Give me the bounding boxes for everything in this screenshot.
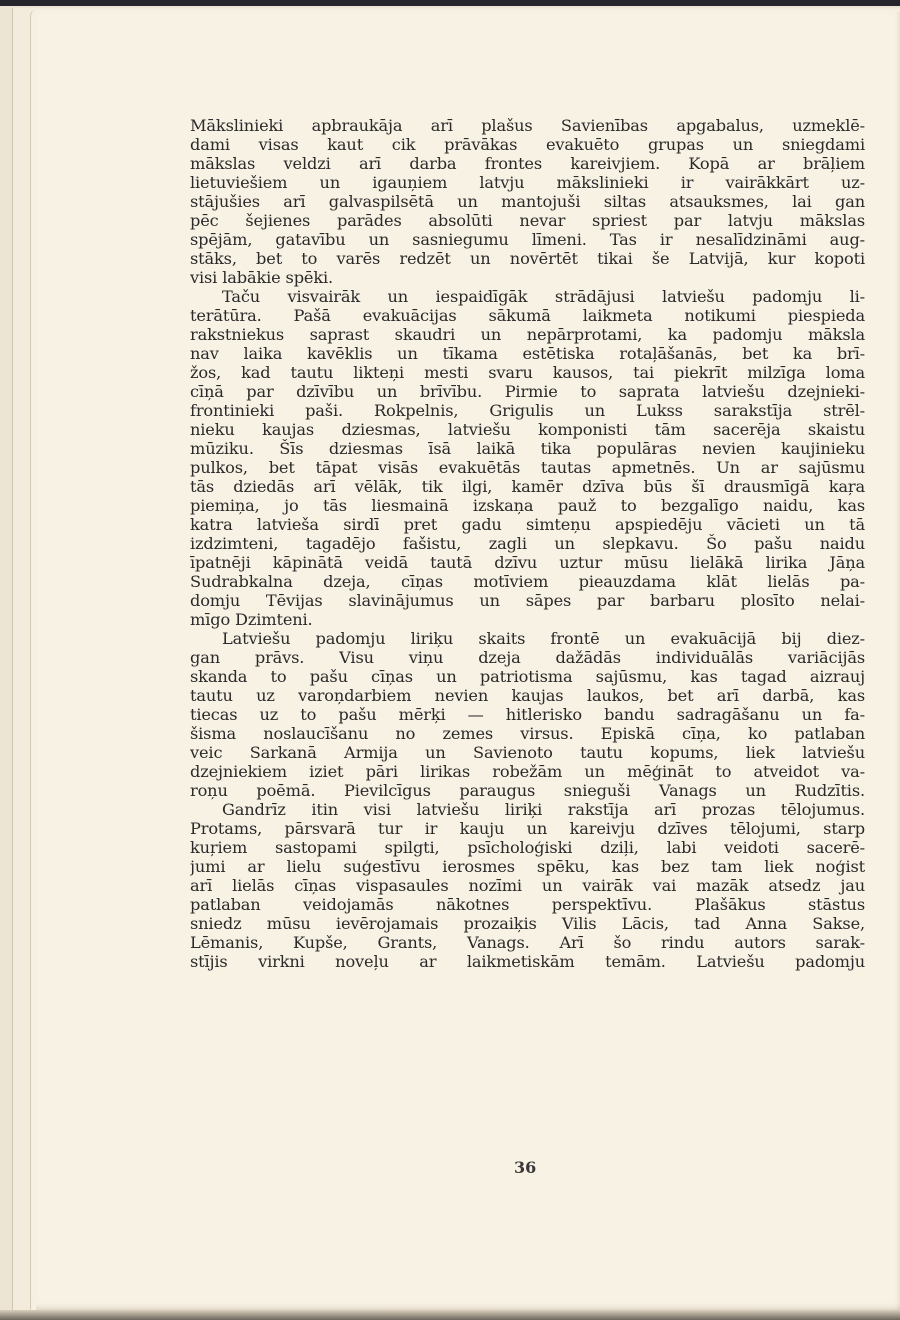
page-number: 36: [514, 1158, 536, 1177]
paragraph-3: Latviešu padomju liriķu skaits frontē un…: [190, 629, 865, 800]
text-line: Mākslinieki apbraukāja arī plašus Savien…: [190, 116, 865, 135]
text-line: īpatnēji kāpinātā veidā tautā dzīvu uztu…: [190, 553, 865, 572]
paragraph-1: Mākslinieki apbraukāja arī plašus Savien…: [190, 116, 865, 287]
text-line: visi labākie spēki.: [190, 268, 865, 287]
text-line: mākslas veldzi arī darba frontes kareivj…: [190, 154, 865, 173]
text-line: stāks, bet to varēs redzēt un novērtēt t…: [190, 249, 865, 268]
text-line: arī lielās cīņas vispasaules nozīmi un v…: [190, 876, 865, 895]
text-line: nieku kaujas dziesmas, latviešu komponis…: [190, 420, 865, 439]
paragraph-4: Gandrīz itin visi latviešu liriķi rakstī…: [190, 800, 865, 971]
text-line: kuŗiem sastopami spilgti, psīcholoģiski …: [190, 838, 865, 857]
text-line: roņu poēmā. Pievilcīgus paraugus snieguš…: [190, 781, 865, 800]
text-line: Taču visvairāk un iespaidīgāk strādājusi…: [190, 287, 865, 306]
text-line: veic Sarkanā Armija un Savienoto tautu k…: [190, 743, 865, 762]
text-line: stājušies arī galvaspilsētā un mantojuši…: [190, 192, 865, 211]
text-line: dami visas kaut cik prāvākas evakuēto gr…: [190, 135, 865, 154]
text-line: skanda to pašu cīņas un patriotisma sajū…: [190, 667, 865, 686]
text-line: spējām, gatavību un sasniegumu līmeni. T…: [190, 230, 865, 249]
text-line: mīgo Dzimteni.: [190, 610, 865, 629]
text-line: stījis virkni noveļu ar laikmetiskām tem…: [190, 952, 865, 971]
text-line: domju Tēvijas slavinājumus un sāpes par …: [190, 591, 865, 610]
text-line: šisma noslaucīšanu no zemes virsus. Epis…: [190, 724, 865, 743]
text-line: tiecas uz to pašu mērķi — hitlerisko ban…: [190, 705, 865, 724]
text-line: dzejniekiem iziet pāri lirikas robežām u…: [190, 762, 865, 781]
text-line: pēc šejienes parādes absolūti nevar spri…: [190, 211, 865, 230]
text-line: gan prāvs. Visu viņu dzeja dažādās indiv…: [190, 648, 865, 667]
text-line: rakstniekus saprast skaudri un nepārprot…: [190, 325, 865, 344]
text-line: jumi ar lielu suģestīvu ierosmes spēku, …: [190, 857, 865, 876]
text-line: nav laika kavēklis un tīkama estētiska r…: [190, 344, 865, 363]
text-line: terātūra. Pašā evakuācijas sākumā laikme…: [190, 306, 865, 325]
text-line: Gandrīz itin visi latviešu liriķi rakstī…: [190, 800, 865, 819]
text-line: cīņā par dzīvību un brīvību. Pirmie to s…: [190, 382, 865, 401]
text-line: sniedz mūsu ievērojamais prozaiķis Vilis…: [190, 914, 865, 933]
text-line: mūziku. Šīs dziesmas īsā laikā tika popu…: [190, 439, 865, 458]
text-line: Sudrabkalna dzeja, cīņas motīviem pieauz…: [190, 572, 865, 591]
text-line: izdzimteni, tagadējo fašistu, zagli un s…: [190, 534, 865, 553]
text-line: lietuviešiem un igauņiem latvju mākslini…: [190, 173, 865, 192]
text-line: Protams, pārsvarā tur ir kauju un kareiv…: [190, 819, 865, 838]
text-line: katra latvieša sirdī pret gadu simteņu a…: [190, 515, 865, 534]
text-line: tās dziedās arī vēlāk, tik ilgi, kamēr d…: [190, 477, 865, 496]
text-line: patlaban veidojamās nākotnes perspektīvu…: [190, 895, 865, 914]
text-line: tautu uz varoņdarbiem nevien kaujas lauk…: [190, 686, 865, 705]
scan-background-bottom: [0, 1310, 900, 1320]
text-line: pulkos, bet tāpat visās evakuētās tautas…: [190, 458, 865, 477]
text-line: piemiņa, jo tās liesmainā izskaņa pauž t…: [190, 496, 865, 515]
text-line: žos, kad tautu likteņi mesti svaru kauso…: [190, 363, 865, 382]
body-text: Mākslinieki apbraukāja arī plašus Savien…: [190, 116, 865, 971]
text-line: frontinieki paši. Rokpelnis, Grigulis un…: [190, 401, 865, 420]
text-line: Latviešu padomju liriķu skaits frontē un…: [190, 629, 865, 648]
text-line: Lēmanis, Kupše, Grants, Vanags. Arī šo r…: [190, 933, 865, 952]
paragraph-2: Taču visvairāk un iespaidīgāk strādājusi…: [190, 287, 865, 629]
